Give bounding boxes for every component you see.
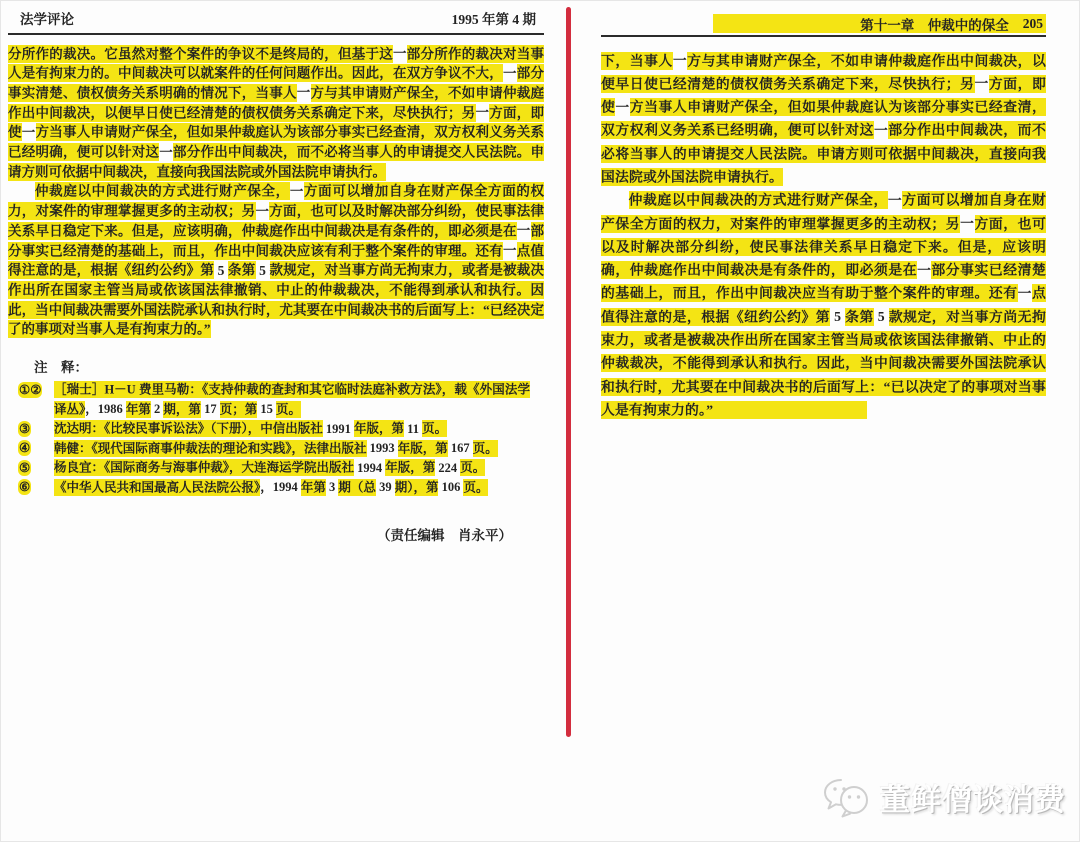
right-paragraph-1: 下，当事人一方与其申请财产保全，不如申请仲裁庭作出中间裁决，以便早日使已经清楚的…: [601, 49, 1046, 189]
left-page: 法学评论 1995 年第 4 期 分所作的裁决。它虽然对整个案件的争议不是终局的…: [8, 6, 544, 544]
footnote-text: 韩健：《现代国际商事仲裁法的理论和实践》，法律出版社 1993 年版，第 167…: [54, 439, 544, 459]
footnote-text: ［瑞士］H－U 费里马勒：《支持仲裁的查封和其它临时法庭补救方法》，载《外国法学…: [54, 381, 544, 420]
notes-heading: 注 释：: [34, 356, 544, 376]
right-paragraph-2: 仲裁庭以中间裁决的方式进行财产保全，一方面可以增加自身在财产保全方面的权力，对案…: [601, 189, 1046, 422]
right-page-body: 下，当事人一方与其申请财产保全，不如申请仲裁庭作出中间裁决，以便早日使已经清楚的…: [601, 49, 1046, 422]
footnote-row: ⑤ 杨良宜：《国际商务与海事仲裁》，大连海运学院出版社 1994 年版，第 22…: [8, 459, 544, 479]
footnote-marker: ③: [18, 421, 31, 437]
chapter-header-highlight: 第十一章 仲裁中的保全 205: [713, 14, 1046, 33]
document-scan: 法学评论 1995 年第 4 期 分所作的裁决。它虽然对整个案件的争议不是终局的…: [0, 0, 1080, 842]
footnote-marker: ①②: [18, 382, 42, 398]
journal-title: 法学评论: [20, 8, 74, 28]
right-page-header: 第十一章 仲裁中的保全 205: [601, 8, 1046, 37]
footnote-marker: ④: [18, 440, 31, 456]
footnote-text: 杨良宜：《国际商务与海事仲裁》，大连海运学院出版社 1994 年版，第 224 …: [54, 459, 544, 479]
left-page-body: 分所作的裁决。它虽然对整个案件的争议不是终局的，但基于这一部分所作的裁决对当事人…: [8, 44, 544, 340]
red-divider-line: [566, 7, 571, 737]
right-page: 第十一章 仲裁中的保全 205 下，当事人一方与其申请财产保全，不如申请仲裁庭作…: [601, 8, 1046, 422]
left-page-header: 法学评论 1995 年第 4 期: [8, 6, 544, 35]
wechat-icon: [820, 774, 872, 820]
left-paragraph-2: 仲裁庭以中间裁决的方式进行财产保全，一方面可以增加自身在财产保全方面的权力，对案…: [8, 182, 544, 340]
left-paragraph-1: 分所作的裁决。它虽然对整个案件的争议不是终局的，但基于这一部分所作的裁决对当事人…: [8, 44, 544, 182]
footnote-row: ⑥ 《中华人民共和国最高人民法院公报》，1994 年第 3 期（总 39 期），…: [8, 478, 544, 498]
footnote-marker: ⑥: [18, 479, 31, 495]
footnote-row: ①② ［瑞士］H－U 费里马勒：《支持仲裁的查封和其它临时法庭补救方法》，载《外…: [8, 381, 544, 420]
watermark: 董鲜僧谈消费: [820, 774, 1066, 820]
footnote-marker: ⑤: [18, 460, 31, 476]
footnote-row: ④ 韩健：《现代国际商事仲裁法的理论和实践》，法律出版社 1993 年版，第 1…: [8, 439, 544, 459]
issue-label: 1995 年第 4 期: [452, 8, 536, 28]
footnote-text: 沈达明：《比较民事诉讼法》（下册），中信出版社 1991 年版，第 11 页。: [54, 420, 544, 440]
footnote-row: ③ 沈达明：《比较民事诉讼法》（下册），中信出版社 1991 年版，第 11 页…: [8, 420, 544, 440]
chapter-title: 第十一章 仲裁中的保全: [860, 14, 1009, 34]
watermark-text: 董鲜僧谈消费: [880, 775, 1066, 819]
footnotes-list: ①② ［瑞士］H－U 费里马勒：《支持仲裁的查封和其它临时法庭补救方法》，载《外…: [8, 381, 544, 498]
editor-credit: （责任编辑 肖永平）: [8, 524, 544, 544]
page-number: 205: [1023, 16, 1043, 32]
footnote-text: 《中华人民共和国最高人民法院公报》，1994 年第 3 期（总 39 期），第 …: [54, 478, 544, 498]
